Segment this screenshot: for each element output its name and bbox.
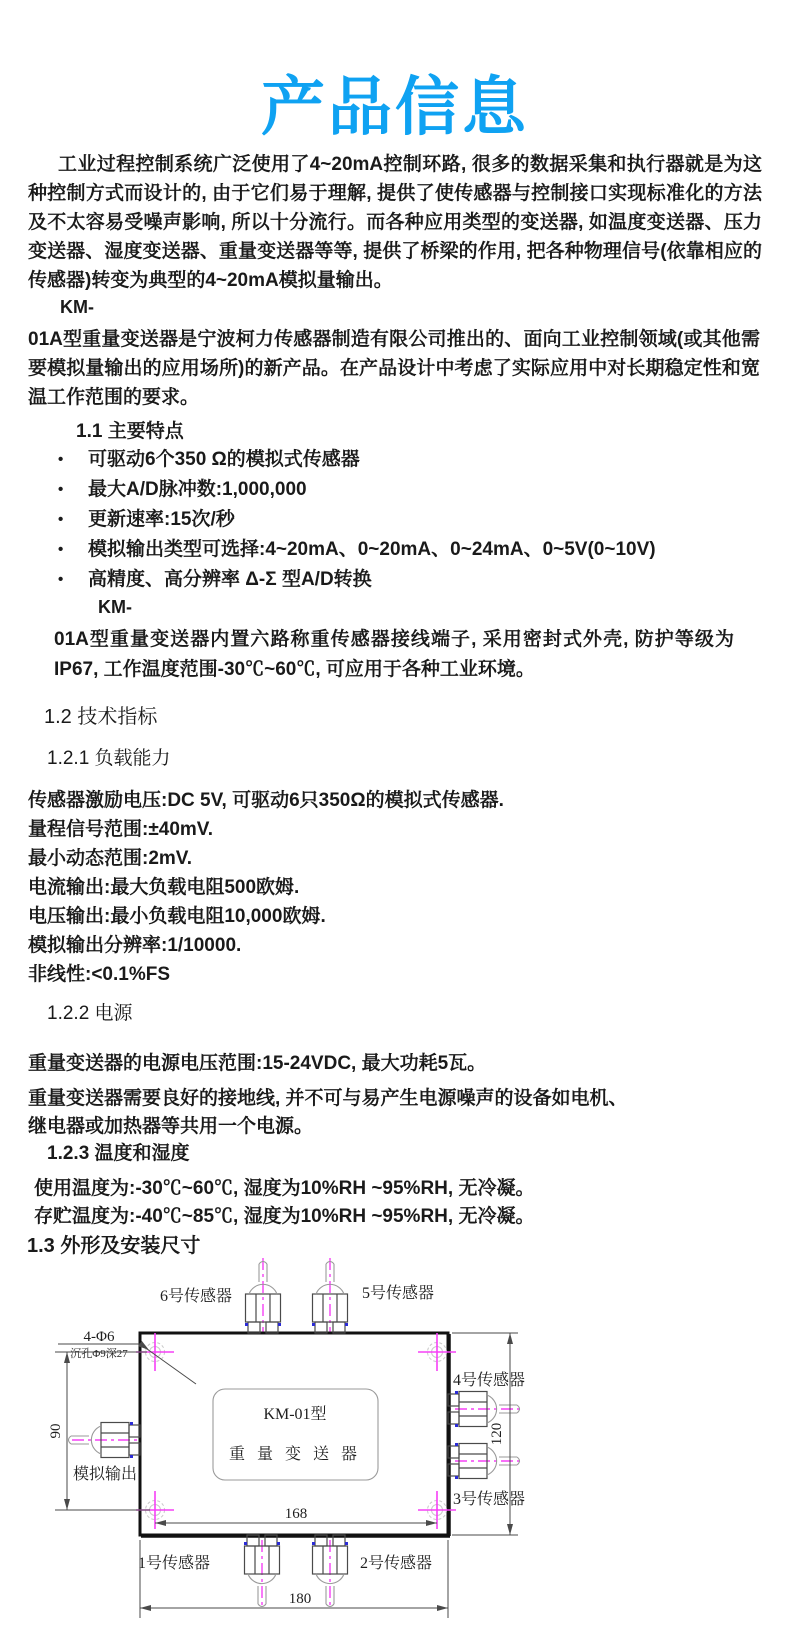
bullet-icon: • xyxy=(58,535,88,565)
nameplate-model-text: KM-01型 xyxy=(263,1405,326,1423)
page-title: 产品信息 xyxy=(0,56,790,148)
feature-item-text: 可驱动6个350 Ω的模拟式传感器 xyxy=(88,445,360,475)
dim-90-text: 90 xyxy=(48,1424,64,1439)
load-spec-list: 传感器激励电压:DC 5V, 可驱动6只350Ω的模拟式传感器. 量程信号范围:… xyxy=(28,786,760,989)
sensor-4-label: 4号传感器 xyxy=(453,1371,525,1389)
dim-outer-width: 180 xyxy=(140,1540,448,1618)
bullet-icon: • xyxy=(58,445,88,475)
list-item: • 可驱动6个350 Ω的模拟式传感器 xyxy=(58,445,760,475)
spec-line: 存贮温度为:-40℃~85℃, 湿度为10%RH ~95%RH, 无冷凝。 xyxy=(34,1203,760,1231)
list-item: • 更新速率:15次/秒 xyxy=(58,505,760,535)
sensor-6-label: 6号传感器 xyxy=(160,1287,232,1305)
spec-line: 重量变送器需要良好的接地线, 并不可与易产生电源噪声的设备如电机、 xyxy=(28,1085,760,1113)
spec-line: 模拟输出分辨率:1/10000. xyxy=(28,931,760,960)
dim-hole-spacing-height: 90 xyxy=(48,1352,150,1510)
spec-line: 非线性:<0.1%FS xyxy=(28,960,760,989)
bullet-icon: • xyxy=(58,475,88,505)
feature-item-text: 模拟输出类型可选择:4~20mA、0~20mA、0~24mA、0~5V(0~10… xyxy=(88,535,656,565)
spec-line: 最小动态范围:2mV. xyxy=(28,844,760,873)
feature-item-text: 高精度、高分辨率 Δ-Σ 型A/D转换 xyxy=(88,565,372,595)
spec-line: 继电器或加热器等共用一个电源。 xyxy=(28,1113,760,1141)
spec-line: 电压输出:最小负载电阻10,000欧姆. xyxy=(28,902,760,931)
heading-load-capacity: 1.2.1 负载能力 xyxy=(47,743,171,770)
power-grounding-note: 重量变送器需要良好的接地线, 并不可与易产生电源噪声的设备如电机、 继电器或加热… xyxy=(28,1085,760,1141)
spec-line: 传感器激励电压:DC 5V, 可驱动6只350Ω的模拟式传感器. xyxy=(28,786,760,815)
product-intro-paragraph: 01A型重量变送器是宁波柯力传感器制造有限公司推出的、面向工业控制领域(或其他需… xyxy=(28,325,760,412)
dim-120-text: 120 xyxy=(489,1423,505,1446)
bullet-icon: • xyxy=(58,505,88,535)
bullet-icon: • xyxy=(58,565,88,595)
list-item: • 模拟输出类型可选择:4~20mA、0~20mA、0~24mA、0~5V(0~… xyxy=(58,535,760,565)
analog-output-label: 模拟输出 xyxy=(73,1464,137,1483)
sensor-1-label: 1号传感器 xyxy=(138,1554,210,1572)
enclosure-note-paragraph: 01A型重量变送器内置六路称重传感器接线端子, 采用密封式外壳, 防护等级为IP… xyxy=(54,625,734,685)
list-item: • 高精度、高分辨率 Δ-Σ 型A/D转换 xyxy=(58,565,760,595)
km-model-fragment: KM- xyxy=(98,597,132,618)
feature-list: • 可驱动6个350 Ω的模拟式传感器 • 最大A/D脉冲数:1,000,000… xyxy=(58,445,760,595)
km-model-fragment: KM- xyxy=(60,297,94,318)
nameplate-product-text: 重 量 变 送 器 xyxy=(229,1445,361,1463)
power-spec-line: 重量变送器的电源电压范围:15-24VDC, 最大功耗5瓦。 xyxy=(28,1048,760,1075)
dim-168-text: 168 xyxy=(285,1506,308,1522)
heading-technical-specs: 1.2 技术指标 xyxy=(44,700,157,729)
dim-180-text: 180 xyxy=(289,1591,312,1607)
heading-power-supply: 1.2.2 电源 xyxy=(47,998,133,1025)
heading-temperature-humidity: 1.2.3 温度和湿度 xyxy=(47,1138,190,1165)
outline-dimension-drawing: KM-01型 重 量 变 送 器 6号传感器 5号传感器 4号传感器 3号传感器… xyxy=(0,1250,790,1644)
sensor-5-label: 5号传感器 xyxy=(362,1284,434,1302)
sensor-3-label: 3号传感器 xyxy=(453,1490,525,1508)
feature-item-text: 最大A/D脉冲数:1,000,000 xyxy=(88,475,307,505)
enclosure-outline xyxy=(140,1333,448,1535)
intro-paragraph: 工业过程控制系统广泛使用了4~20mA控制环路, 很多的数据采集和执行器就是为这… xyxy=(28,150,762,295)
spec-line: 使用温度为:-30℃~60℃, 湿度为10%RH ~95%RH, 无冷凝。 xyxy=(34,1175,760,1203)
hole-note-line2: 沉孔Φ9深27 xyxy=(70,1346,128,1360)
list-item: • 最大A/D脉冲数:1,000,000 xyxy=(58,475,760,505)
feature-item-text: 更新速率:15次/秒 xyxy=(88,505,235,535)
temperature-spec-list: 使用温度为:-30℃~60℃, 湿度为10%RH ~95%RH, 无冷凝。 存贮… xyxy=(34,1175,760,1231)
spec-line: 量程信号范围:±40mV. xyxy=(28,815,760,844)
sensor-2-label: 2号传感器 xyxy=(360,1554,432,1572)
heading-main-features: 1.1 主要特点 xyxy=(76,416,184,443)
hole-note-line1: 4-Φ6 xyxy=(84,1329,115,1345)
spec-line: 电流输出:最大负载电阻500欧姆. xyxy=(28,873,760,902)
